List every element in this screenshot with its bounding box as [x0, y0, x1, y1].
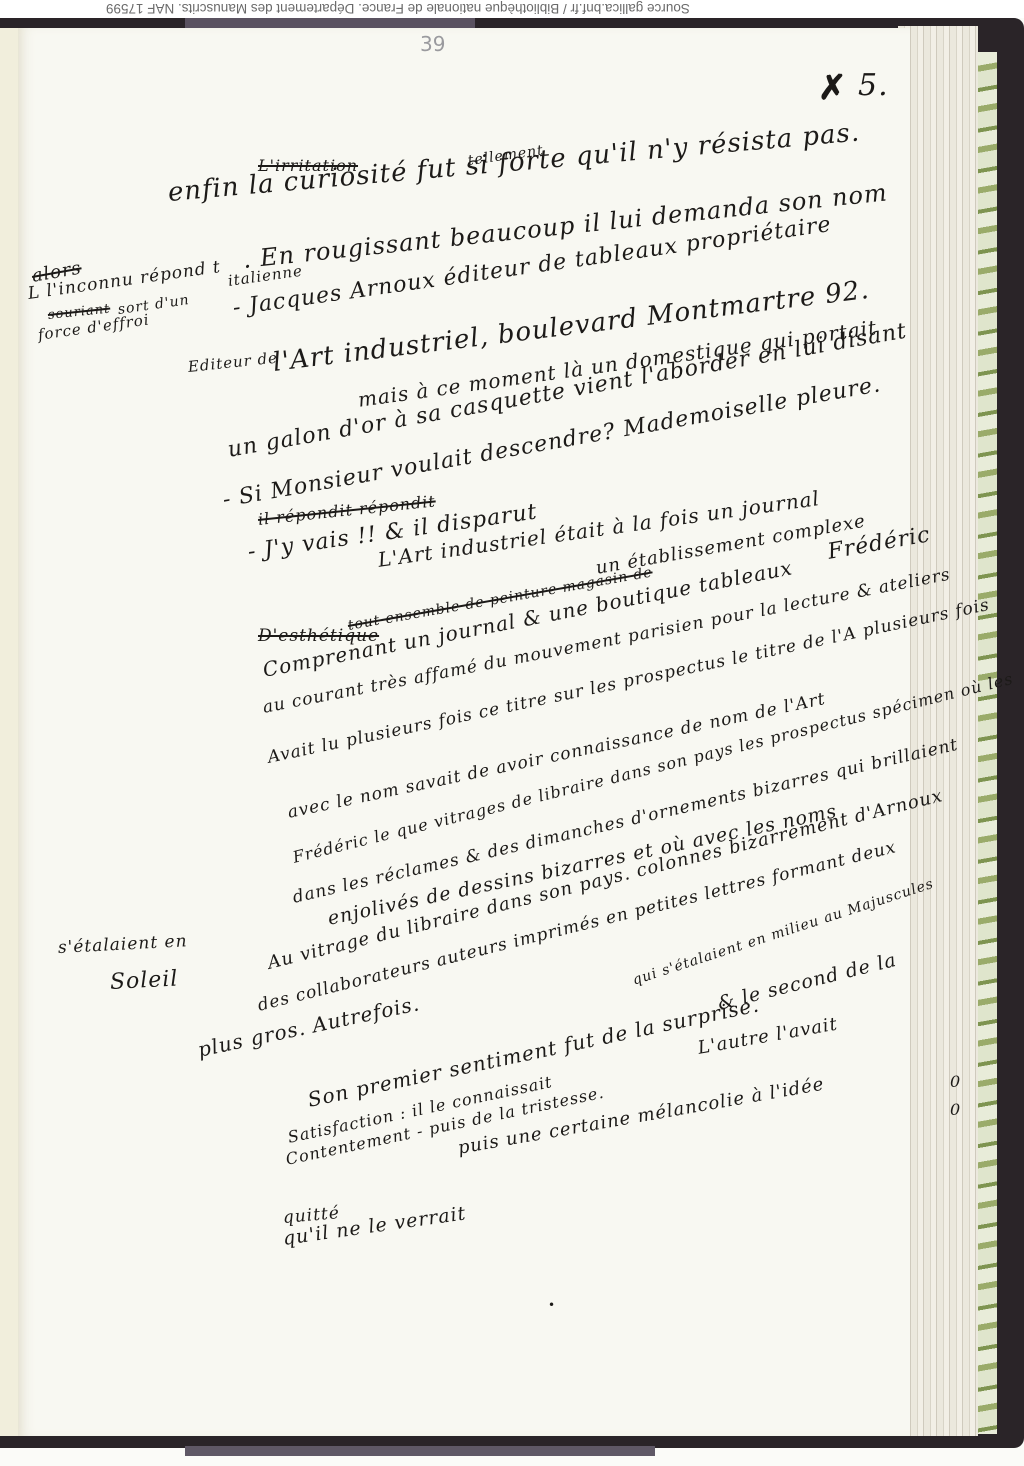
- source-credit-text: Source gallica.bnf.fr / Bibliothèque nat…: [106, 1, 690, 16]
- margin-note-editeur: Editeur de: [187, 349, 279, 376]
- ink-folio-number: 5.: [858, 68, 889, 103]
- line-frederic-2: Frédéric le que vitrages de libraire dan…: [291, 669, 1016, 867]
- edge-mark-1: 0: [950, 1072, 961, 1091]
- manuscript-page: 39 ✗ 5. alors L l'inconnu répond t itali…: [18, 28, 910, 1436]
- edge-mark-2: 0: [950, 1100, 961, 1119]
- page-gutter: [0, 28, 18, 1436]
- marbled-endpaper: [975, 52, 997, 1434]
- ink-blot: ✗: [818, 68, 847, 108]
- margin-note-etalaient: s'étalaient en: [57, 931, 188, 958]
- page-edges: [898, 26, 978, 1436]
- source-banner: Source gallica.bnf.fr / Bibliothèque nat…: [0, 0, 1024, 18]
- cover-band-top: [185, 18, 475, 28]
- ink-dot: •: [548, 1298, 556, 1312]
- pencil-folio-number: 39: [420, 32, 445, 56]
- cover-band-bottom: [185, 1446, 655, 1456]
- margin-note-soleil: Soleil: [109, 966, 179, 995]
